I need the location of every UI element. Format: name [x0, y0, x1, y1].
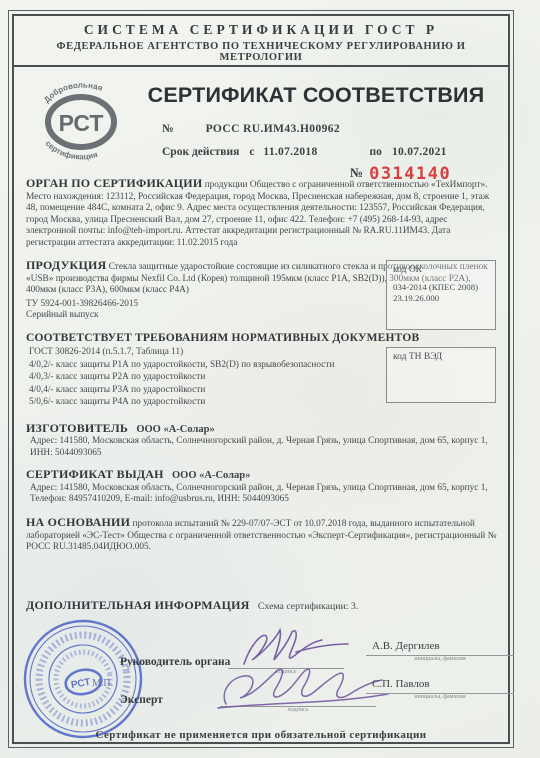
certificate-body: ОРГАН ПО СЕРТИФИКАЦИИ продукции Общество…	[14, 176, 508, 621]
expert-label: Эксперт	[120, 694, 163, 706]
expert-name-block: С.П. Павлов инициалы, фамилия	[366, 678, 514, 694]
gost-r-logo-svg: РСТ Добровольная сертификация	[28, 73, 134, 171]
certificate-page: { "colors": { "paper": "#f0f2ed", "frame…	[0, 0, 540, 758]
org-details: Место нахождения: 123112, Российская Фед…	[26, 192, 489, 248]
head-name: А.В. Дергилев	[366, 640, 514, 652]
lower-body: код ОК 034-2014 (КПЕС 2008) 23.19.26.000…	[26, 258, 496, 613]
footer-note: Сертификат не применяется при обязательн…	[14, 729, 508, 741]
expert-name: С.П. Павлов	[366, 678, 514, 690]
round-stamp-icon: РСТ	[20, 616, 146, 742]
issued-to-section: СЕРТИФИКАТ ВЫДАН ООО «А-Солар» Адрес: 14…	[26, 467, 496, 506]
number-label: №	[162, 123, 174, 135]
head-name-block: А.В. Дергилев инициалы, фамилия	[366, 640, 514, 656]
logo-bottom-text: сертификация	[44, 139, 99, 161]
gost-r-logo-icon: РСТ Добровольная сертификация	[28, 73, 134, 171]
to-label: по	[370, 146, 382, 158]
code-tnved-label: код ТН ВЭД	[393, 352, 490, 364]
round-stamp-svg: РСТ	[20, 616, 146, 742]
issued-to-contacts: Телефон: 84957410209, E-mail: info@usbru…	[26, 494, 504, 506]
name-caption: инициалы, фамилия	[366, 694, 514, 700]
basis-section: НА ОСНОВАНИИ протокола испытаний № 229-0…	[26, 515, 504, 554]
svg-text:сертификация: сертификация	[44, 139, 99, 161]
org-intro: продукции Общество с ограниченной ответс…	[205, 180, 488, 190]
product-heading: ПРОДУКЦИЯ	[26, 258, 106, 272]
code-ok-box: код ОК 034-2014 (КПЕС 2008) 23.19.26.000	[386, 260, 496, 330]
basis-heading: НА ОСНОВАНИИ	[26, 515, 130, 529]
agency-line: ФЕДЕРАЛЬНОЕ АГЕНТСТВО ПО ТЕХНИЧЕСКОМУ РЕ…	[14, 41, 508, 63]
product-extra: ТУ 5924-001-39826466-2015 Серийный выпус…	[26, 299, 390, 322]
certification-body-section: ОРГАН ПО СЕРТИФИКАЦИИ продукции Общество…	[26, 176, 496, 249]
code-ok-value-line2: 23.19.26.000	[393, 293, 490, 304]
certificate-number-row: №РОСС RU.ИМ43.Н00962	[162, 123, 340, 135]
code-tnved-box: код ТН ВЭД	[386, 347, 496, 403]
valid-from-date: 11.07.2018	[263, 146, 317, 158]
logo-mark: РСТ	[59, 110, 104, 136]
code-ok-value-line1: 034-2014 (КПЕС 2008)	[393, 282, 490, 293]
certification-system-line: СИСТЕМА СЕРТИФИКАЦИИ ГОСТ Р	[14, 22, 508, 38]
expert-name-line: инициалы, фамилия	[366, 693, 514, 694]
product-serial: Серийный выпуск	[26, 310, 390, 322]
issued-to-address: Адрес: 141580, Московская область, Солне…	[26, 483, 504, 495]
signature-area: М.П. РСТ Руководитель органа Эксперт	[14, 628, 508, 726]
from-label: с	[249, 146, 254, 158]
manufacturer-heading: ИЗГОТОВИТЕЛЬ	[26, 421, 128, 435]
issued-to-name: ООО «А-Солар»	[172, 470, 250, 481]
additional-info-heading: ДОПОЛНИТЕЛЬНАЯ ИНФОРМАЦИЯ	[26, 598, 250, 612]
code-boxes-column: код ОК 034-2014 (КПЕС 2008) 23.19.26.000…	[386, 260, 496, 403]
product-tu: ТУ 5924-001-39826466-2015	[26, 299, 390, 311]
stamp-center-mark: РСТ	[70, 677, 91, 691]
manufacturer-name: ООО «А-Солар»	[136, 424, 214, 435]
code-ok-label: код ОК	[393, 265, 490, 277]
issued-to-heading: СЕРТИФИКАТ ВЫДАН	[26, 467, 164, 481]
additional-info-section: ДОПОЛНИТЕЛЬНАЯ ИНФОРМАЦИЯ Схема сертифик…	[26, 598, 496, 614]
certificate-title: СЕРТИФИКАТ СООТВЕТСТВИЯ	[132, 83, 500, 108]
valid-to-date: 10.07.2021	[392, 146, 447, 158]
name-caption: инициалы, фамилия	[366, 656, 514, 662]
manufacturer-inn: ИНН: 5044093065	[26, 448, 504, 460]
expert-signature-scribble	[212, 662, 392, 717]
org-heading: ОРГАН ПО СЕРТИФИКАЦИИ	[26, 176, 202, 190]
code-ok-value: 034-2014 (КПЕС 2008) 23.19.26.000	[393, 282, 490, 304]
additional-info-text: Схема сертификации: 3.	[258, 601, 358, 612]
outer-frame: СИСТЕМА СЕРТИФИКАЦИИ ГОСТ Р ФЕДЕРАЛЬНОЕ …	[8, 10, 514, 748]
inner-frame: СИСТЕМА СЕРТИФИКАЦИИ ГОСТ Р ФЕДЕРАЛЬНОЕ …	[12, 14, 510, 744]
head-name-line: инициалы, фамилия	[366, 655, 514, 656]
manufacturer-address: Адрес: 141580, Московская область, Солне…	[26, 436, 504, 448]
validity-row: Срок действияс11.07.2018по10.07.2021	[162, 146, 447, 158]
document-header: СИСТЕМА СЕРТИФИКАЦИИ ГОСТ Р ФЕДЕРАЛЬНОЕ …	[14, 16, 508, 67]
validity-label: Срок действия	[162, 146, 239, 158]
certificate-number: РОСС RU.ИМ43.Н00962	[206, 123, 340, 135]
title-area: РСТ Добровольная сертификация СЕРТИФИКАТ…	[14, 67, 508, 179]
manufacturer-section: ИЗГОТОВИТЕЛЬ ООО «А-Солар» Адрес: 141580…	[26, 421, 496, 460]
